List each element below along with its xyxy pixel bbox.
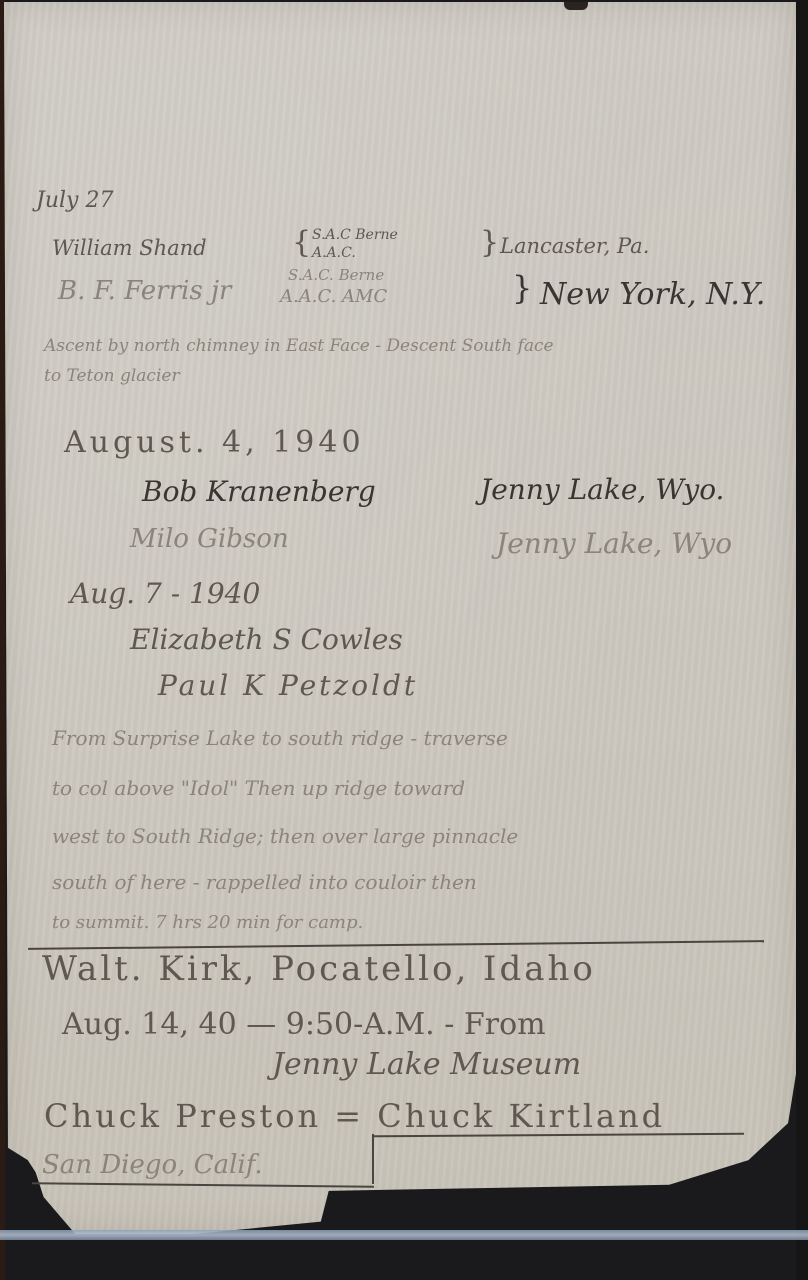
brace-open: { [292,228,311,258]
entry4-origin: Jenny Lake Museum [272,1050,581,1080]
entry3-route-line5: to summit. 7 hrs 20 min for camp. [52,914,363,932]
frame-right-edge [796,0,808,1280]
entry1-climber1-club1: S.A.C Berne [312,228,398,242]
brace-close-2: } [512,272,532,304]
entry4-climber-line: Walt. Kirk, Pocatello, Idaho [42,952,596,986]
entry1-climber2-name: B. F. Ferris jr [58,278,231,304]
entry3-route-line4: south of here - rappelled into couloir t… [52,872,477,892]
brace-close: } [480,228,499,258]
entry1-route-line2: to Teton glacier [44,368,180,385]
entry1-climber2-club1: S.A.C. Berne [288,268,384,283]
entry3-climber2-name: Paul K Petzoldt [158,672,418,700]
entry4-date-time: Aug. 14, 40 — 9:50-A.M. - From [62,1010,546,1040]
entry4-hometown: San Diego, Calif. [42,1152,263,1178]
entry1-climber1-name: William Shand [52,238,207,259]
entry3-route-line3: west to South Ridge; then over large pin… [52,826,518,846]
entry3-climber1-name: Elizabeth S Cowles [130,626,403,654]
entry4-extra-line: Chuck Preston = Chuck Kirtland [44,1100,665,1132]
entry2-date: August. 4, 1940 [64,428,365,458]
entry3-date: Aug. 7 - 1940 [70,580,260,608]
entry2-climber2-hometown: Jenny Lake, Wyo [496,530,732,558]
entry2-climber1-hometown: Jenny Lake, Wyo. [480,476,724,504]
entry1-climber2-club2: A.A.C. AMC [280,288,387,306]
entry1-climber1-club2: A.A.C. [312,246,356,260]
entry1-date: July 27 [36,190,113,212]
frame-left-edge [0,0,5,1280]
entry3-route-line2: to col above "Idol" Then up ridge toward [52,778,465,798]
box-right-line [372,1134,374,1184]
entry2-climber2-name: Milo Gibson [130,526,289,552]
entry2-climber1-name: Bob Kranenberg [142,478,376,506]
entry1-route-line1: Ascent by north chimney in East Face - D… [44,338,554,355]
paper-notch [564,2,588,10]
glass-frame-edge [0,1230,808,1240]
entry1-climber2-hometown: New York, N.Y. [540,280,765,310]
entry1-climber1-hometown: Lancaster, Pa. [500,236,649,257]
entry3-route-line1: From Surprise Lake to south ridge - trav… [52,728,508,748]
